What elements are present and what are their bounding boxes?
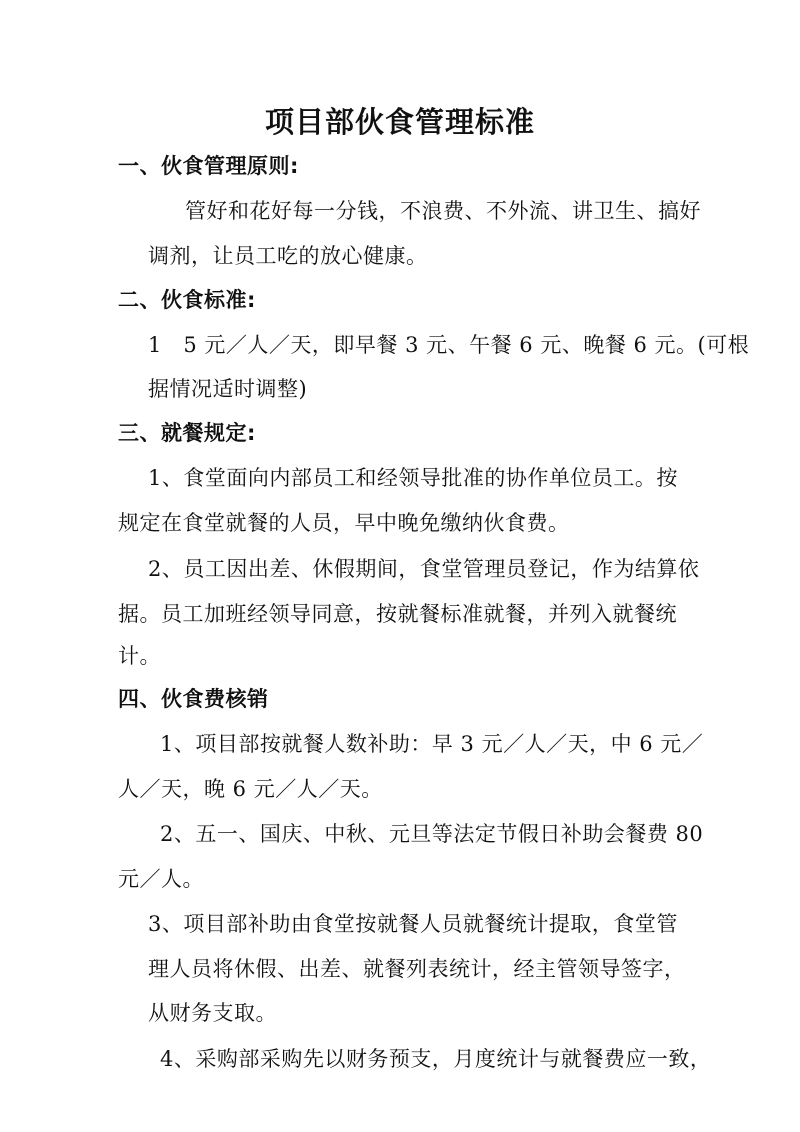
section-4-line-5: 3、项目部补助由食堂按就餐人员就餐统计提取，食堂管 xyxy=(148,908,678,938)
document-page: 项目部伙食管理标准 一、伙食管理原则: 管好和花好每一分钱，不浪费、不外流、讲卫… xyxy=(0,0,800,1132)
section-heading-4: 四、伙食费核销 xyxy=(118,683,269,713)
section-heading-3: 三、就餐规定: xyxy=(118,417,256,447)
section-3-line-4: 据。员工加班经领导同意，按就餐标准就餐，并列入就餐统 xyxy=(118,598,677,628)
section-heading-2: 二、伙食标准: xyxy=(118,284,256,314)
section-2-line-1: 1 5 元／人／天，即早餐 3 元、午餐 6 元、晚餐 6 元。(可根 xyxy=(148,329,749,359)
section-heading-1: 一、伙食管理原则: xyxy=(118,150,299,180)
section-4-line-1: 1、项目部按就餐人数补助：早 3 元／人／天，中 6 元／ xyxy=(160,728,703,758)
section-4-line-4: 元／人。 xyxy=(118,863,204,893)
page-number: 1 xyxy=(672,1049,678,1064)
section-4-line-6: 理人员将休假、出差、就餐列表统计，经主管领导签字， xyxy=(148,953,686,983)
section-4-line-2: 人／天，晚 6 元／人／天。 xyxy=(118,773,383,803)
section-1-line-1: 管好和花好每一分钱，不浪费、不外流、讲卫生、搞好 xyxy=(185,195,701,225)
section-3-line-5: 计。 xyxy=(118,640,161,670)
section-4-line-3: 2、五一、国庆、中秋、元旦等法定节假日补助会餐费 80 xyxy=(160,818,703,848)
section-3-line-1: 1、食堂面向内部员工和经领导批准的协作单位员工。按 xyxy=(148,462,678,492)
document-title: 项目部伙食管理标准 xyxy=(0,100,800,141)
section-4-line-8: 4、采购部采购先以财务预支，月度统计与就餐费应一致， xyxy=(160,1043,711,1073)
section-2-line-2: 据情况适时调整) xyxy=(148,373,307,403)
section-3-line-3: 2、员工因出差、休假期间，食堂管理员登记，作为结算依 xyxy=(148,553,699,583)
section-3-line-2: 规定在食堂就餐的人员，早中晚免缴纳伙食费。 xyxy=(118,507,570,537)
section-4-line-7: 从财务支取。 xyxy=(148,997,277,1027)
section-1-line-2: 调剂，让员工吃的放心健康。 xyxy=(148,240,428,270)
